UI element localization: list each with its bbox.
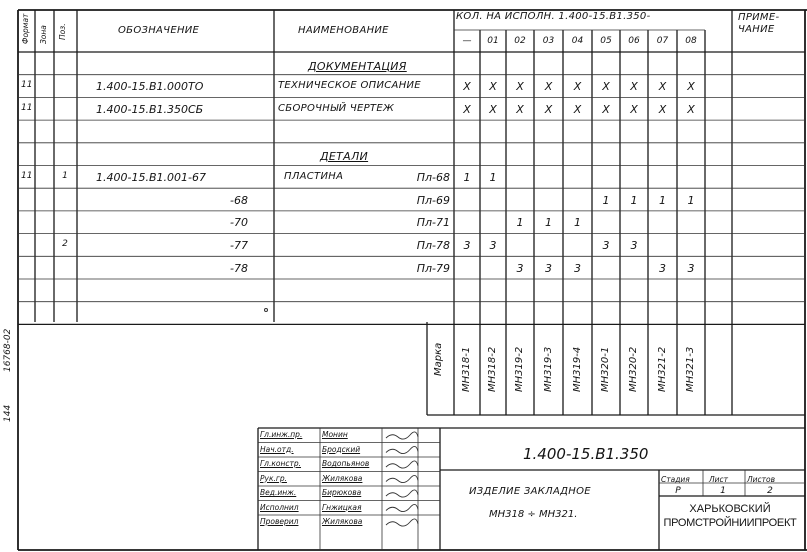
qty-cell: X (574, 81, 582, 92)
variant-header: 07 (657, 37, 668, 46)
row-mark: Пл-79 (417, 263, 450, 274)
stage-label: Стадия (661, 476, 690, 484)
variant-header: 05 (600, 37, 611, 46)
qty-cell: 1 (464, 172, 471, 183)
qty-cell: X (516, 81, 524, 92)
marka-item: МН319-4 (573, 347, 583, 392)
qty-cell: X (630, 81, 638, 92)
sheets-label: Листов (747, 476, 775, 484)
qty-cell: X (545, 104, 553, 115)
variant-header: 08 (685, 37, 696, 46)
sheet-code: 144 (4, 405, 13, 422)
qty-cell: 3 (545, 263, 552, 274)
qty-cell: 3 (464, 240, 471, 251)
qty-cell: 1 (688, 195, 695, 206)
qty-cell: X (489, 81, 497, 92)
doc-number: 1.400-15.В1.350 (523, 447, 648, 462)
qty-cell: 1 (631, 195, 638, 206)
row-designation: 1.400-15.В1.000ТО (96, 81, 203, 92)
row-position: 1 (62, 172, 68, 181)
section-documentation: Документация (308, 61, 407, 72)
qty-cell: X (489, 104, 497, 115)
row-designation: 1.400-15.В1.350СБ (96, 104, 203, 115)
row-name: Техническое описание (278, 81, 421, 91)
row-mark: Пл-71 (417, 217, 450, 228)
organization-line1: ХАРЬКОВСКИЙ (689, 504, 770, 515)
row-format: 11 (21, 104, 32, 113)
qty-cell: 1 (574, 217, 581, 228)
marka-item: МН320-1 (601, 347, 611, 392)
header-designation: Обозначение (118, 26, 199, 36)
signature-scribble (386, 519, 418, 526)
qty-cell: X (602, 81, 610, 92)
row-designation: -68 (230, 195, 248, 206)
row-mark: Пл-69 (417, 195, 450, 206)
qty-cell: X (659, 81, 667, 92)
header-qty-title: Кол. на исполн. 1.400-15.В1.350- (456, 12, 650, 22)
signature-scribble (386, 504, 418, 511)
qty-cell: 1 (490, 172, 497, 183)
row-position: 2 (62, 240, 68, 249)
qty-cell: X (574, 104, 582, 115)
marka-item: МН321-3 (686, 347, 696, 392)
signature-name: Монин (322, 431, 348, 439)
sheets-value: 2 (767, 487, 773, 496)
signature-scribble (386, 475, 418, 482)
signature-scribble (386, 432, 418, 439)
signature-name: Бродский (322, 446, 360, 454)
row-name: Пластина (284, 172, 343, 182)
qty-cell: X (659, 104, 667, 115)
header-name: Наименование (298, 26, 389, 36)
signature-role: Вед.инж. (260, 489, 296, 497)
signature-role: Нач.отд. (260, 446, 294, 454)
variant-header: 03 (543, 37, 554, 46)
row-designation: -78 (230, 263, 248, 274)
sheet-value: 1 (720, 487, 726, 496)
row-mark: Пл-78 (417, 240, 450, 251)
variant-header: 01 (487, 37, 498, 46)
marka-item: МН321-2 (658, 347, 668, 392)
marka-item: МН319-2 (515, 347, 525, 392)
row-designation: 1.400-15.В1.001-67 (96, 172, 206, 183)
qty-cell: 1 (659, 195, 666, 206)
qty-cell: 1 (517, 217, 524, 228)
organization-line2: ПРОМСТРОЙНИИПРОЕКТ (664, 518, 797, 529)
row-designation: -77 (230, 240, 248, 251)
marka-label: Марка (434, 343, 444, 376)
qty-cell: 3 (517, 263, 524, 274)
row-name: Сборочный чертеж (278, 104, 394, 114)
marka-item: МН318-2 (488, 347, 498, 392)
variant-header: 06 (628, 37, 639, 46)
signature-name: Жилякова (322, 475, 362, 483)
signature-name: Гнжицкая (322, 504, 361, 512)
qty-cell: X (516, 104, 524, 115)
qty-cell: 1 (603, 195, 610, 206)
signature-name: Жилякова (322, 518, 362, 526)
qty-cell: 3 (574, 263, 581, 274)
variant-header: — (463, 37, 472, 46)
header-format: Формат (22, 14, 30, 44)
qty-cell: X (463, 81, 471, 92)
signature-name: Водопьянов (322, 460, 369, 468)
qty-cell: X (687, 104, 695, 115)
header-pos: Поз. (59, 23, 67, 40)
signature-role: Проверил (260, 518, 298, 526)
row-format: 11 (21, 172, 32, 181)
qty-cell: X (545, 81, 553, 92)
variant-header: 02 (514, 37, 525, 46)
qty-cell: X (630, 104, 638, 115)
qty-cell: X (687, 81, 695, 92)
row-designation: -70 (230, 217, 248, 228)
qty-cell: 3 (603, 240, 610, 251)
qty-cell: 3 (659, 263, 666, 274)
qty-cell: X (463, 104, 471, 115)
signature-role: Гл.инж.пр. (260, 431, 302, 439)
marka-item: МН319-3 (544, 347, 554, 392)
signature-role: Исполнил (260, 504, 299, 512)
qty-cell: X (602, 104, 610, 115)
signature-scribble (386, 446, 418, 453)
qty-cell: 1 (545, 217, 552, 228)
variant-header: 04 (572, 37, 583, 46)
stage-value: Р (675, 487, 680, 496)
row-format: 11 (21, 81, 32, 90)
header-note: Приме-чание (738, 12, 798, 36)
sheet-label: Лист (709, 476, 728, 484)
inventory-number: 16768-02 (4, 329, 13, 372)
qty-cell: 3 (688, 263, 695, 274)
product-name-line2: МН318 ÷ МН321. (489, 510, 577, 520)
signature-role: Рук.гр. (260, 475, 287, 483)
qty-cell: 3 (490, 240, 497, 251)
section-details: Детали (320, 151, 368, 162)
product-name-line1: Изделие закладное (469, 487, 591, 497)
signature-name: Бирюкова (322, 489, 361, 497)
marka-item: МН320-2 (629, 347, 639, 392)
qty-cell: 3 (631, 240, 638, 251)
header-zone: Зона (40, 25, 48, 44)
marka-item: МН318-1 (462, 347, 472, 392)
row-mark: Пл-68 (417, 172, 450, 183)
signature-scribble (386, 490, 418, 497)
signature-role: Гл.констр. (260, 460, 301, 468)
signature-scribble (386, 461, 418, 468)
